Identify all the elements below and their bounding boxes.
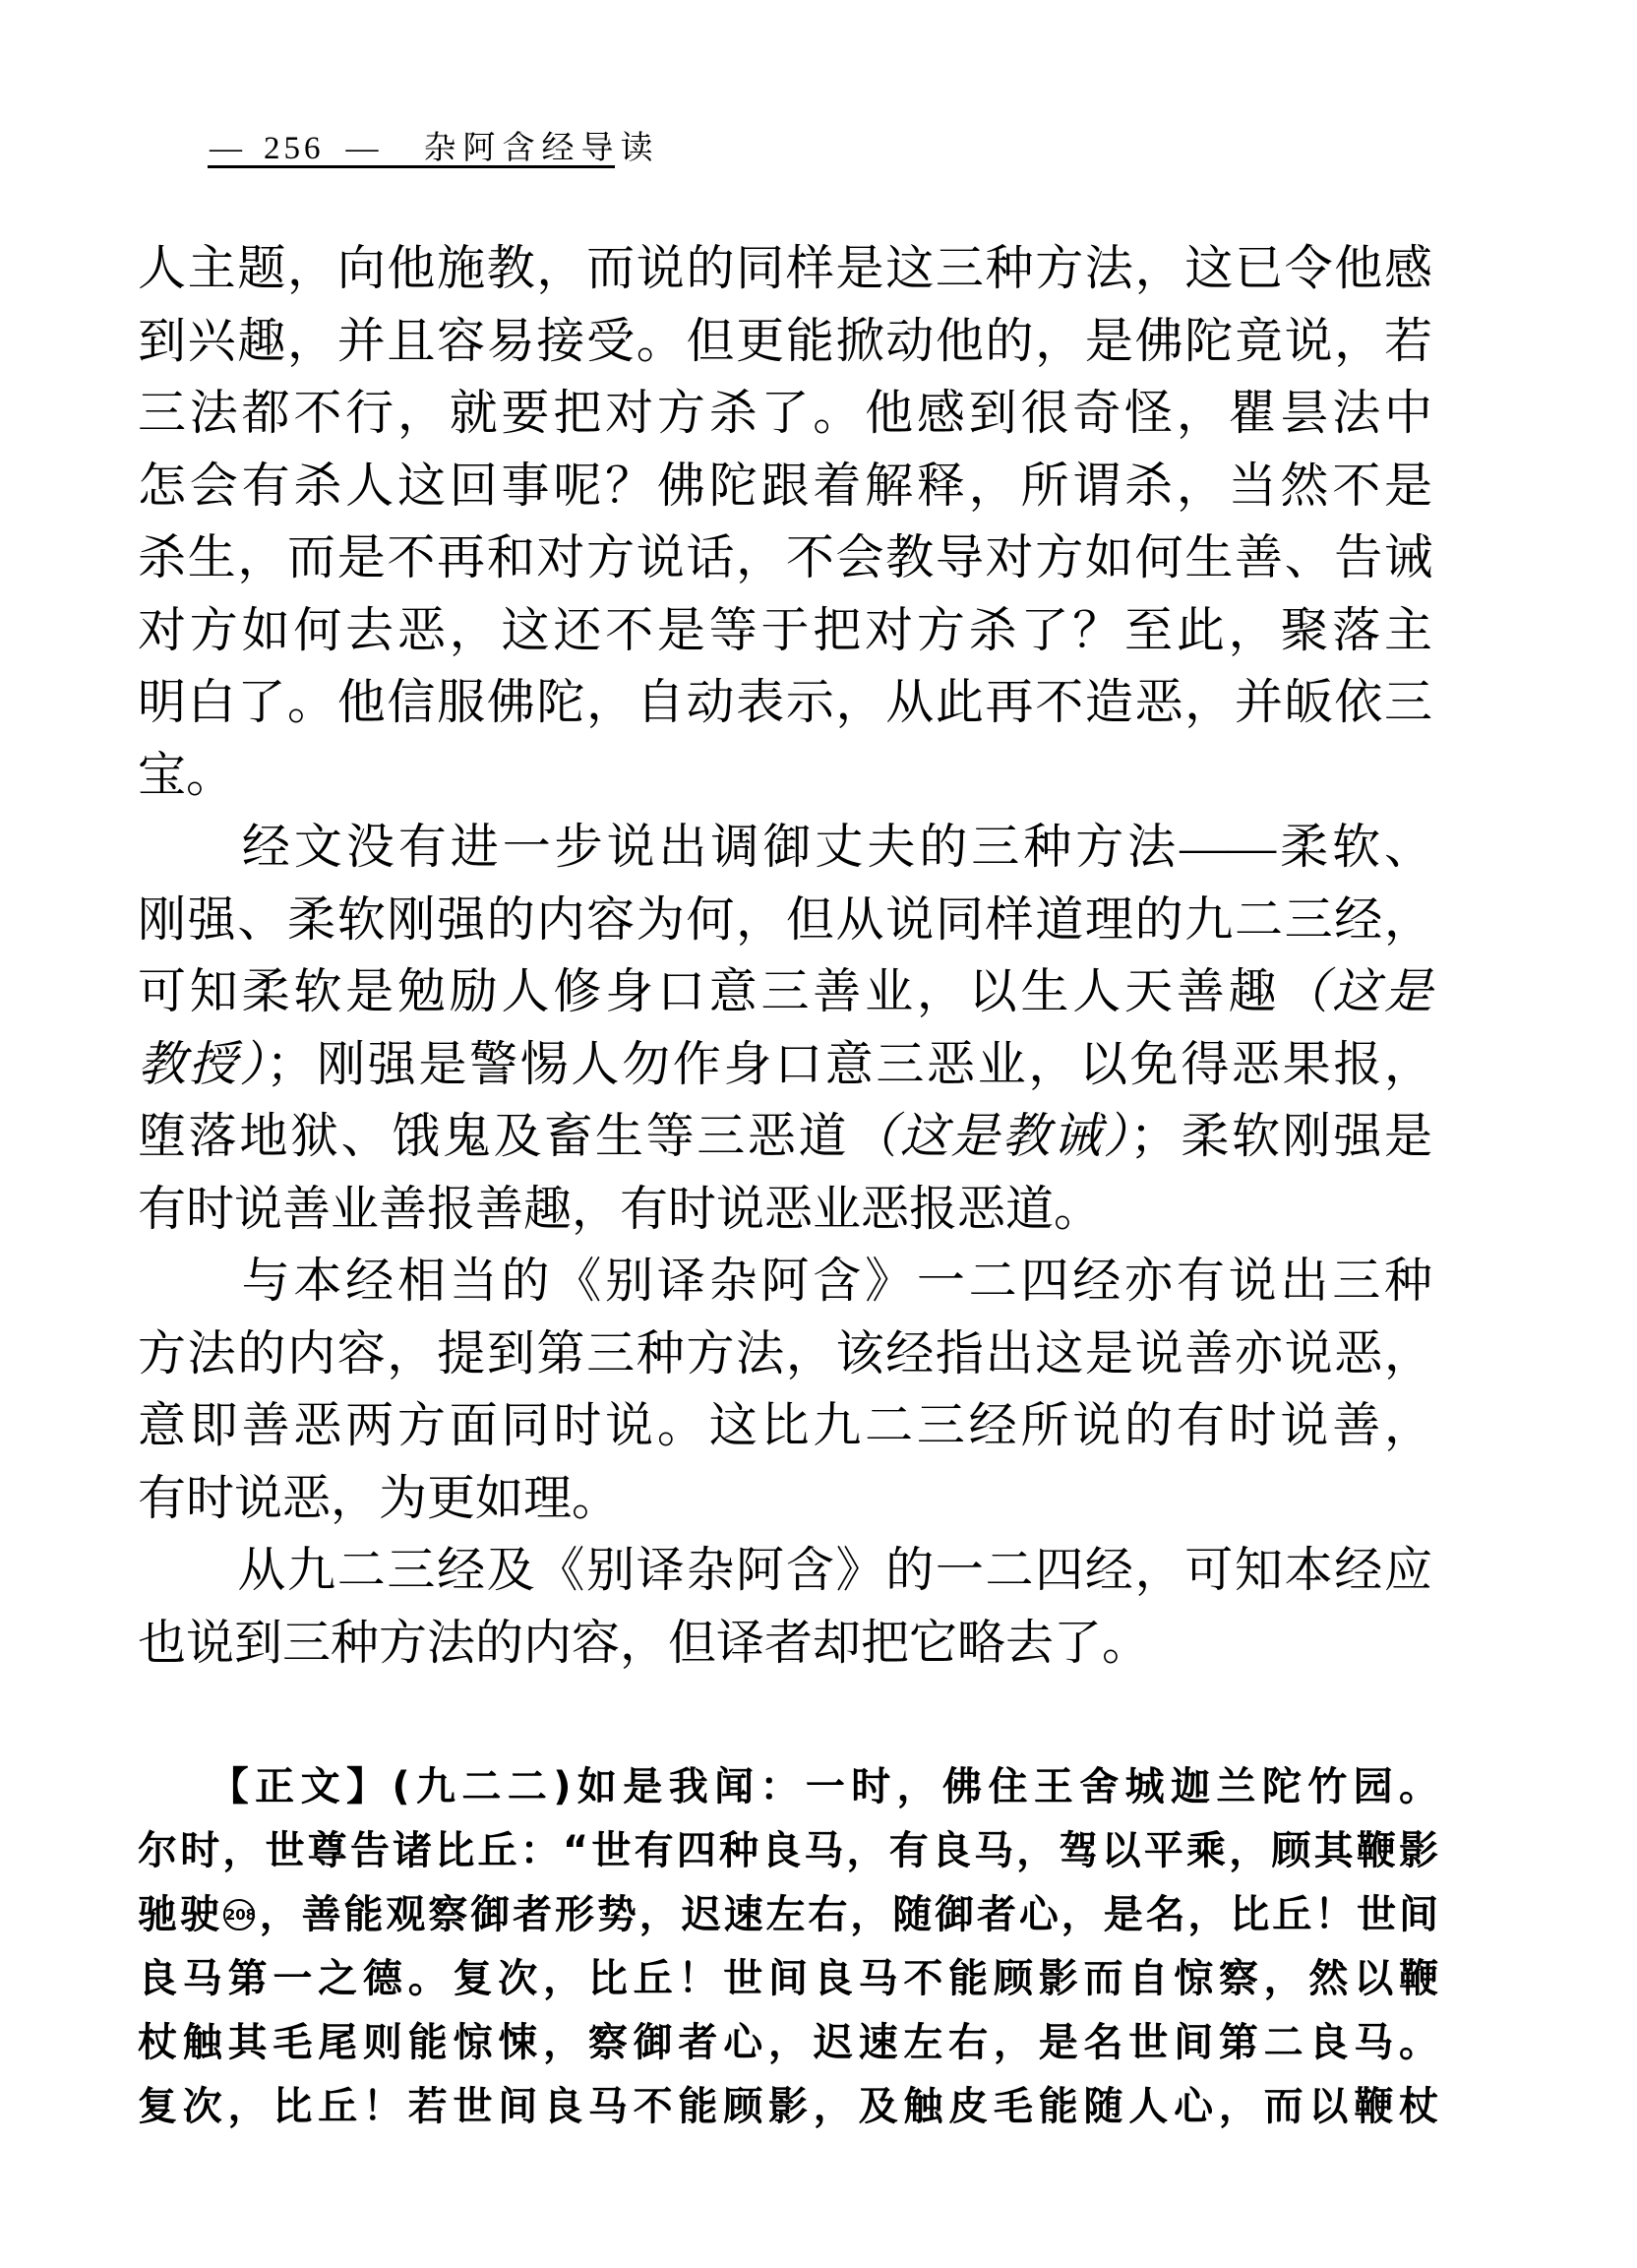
text-run: 可知柔软是勉励人修身口意三善业，以生人天善趣 (138, 964, 1280, 1018)
text-run: 三法都不行，就要把对方杀了。他感到很奇怪，瞿昙法中 (138, 386, 1432, 440)
commentary-line: 教授）；刚强是警惕人勿作身口意三恶业，以免得恶果报， (138, 1028, 1432, 1101)
commentary-text-block: 人主题，向他施教，而说的同样是这三种方法，这已令他感到兴趣，并且容易接受。但更能… (138, 232, 1432, 1679)
text-run: 方法的内容，提到第三种方法，该经指出这是说善亦说恶， (138, 1326, 1432, 1380)
commentary-line: 也说到三种方法的内容，但译者却把它略去了。 (138, 1607, 1432, 1680)
kaiti-emphasis: 教授） (138, 1037, 266, 1091)
commentary-line: 有时说恶，为更如理。 (138, 1462, 1432, 1535)
scripture-text-block: 【正文】(九二二)如是我闻：一时，佛住王舍城迦兰陀竹园。尔时，世尊告诸比丘：“世… (138, 1755, 1438, 2139)
header-dash-right: — (346, 131, 379, 166)
text-run: 杀生，而是不再和对方说话，不会教导对方如何生善、告诫 (138, 530, 1432, 584)
scripture-line: 驰驶208，善能观察御者形势，迟速左右，随御者心，是名，比丘！世间 (138, 1883, 1438, 1947)
scripture-line: 杖触其毛尾则能惊悚，察御者心，迟速左右，是名世间第二良马。 (138, 2011, 1438, 2075)
text-run: 也说到三种方法的内容，但译者却把它略去了。 (138, 1616, 1150, 1670)
commentary-line: 对方如何去恶，这还不是等于把对方杀了？至此，聚落主 (138, 594, 1432, 667)
text-run: 有时说恶，为更如理。 (138, 1471, 620, 1525)
text-run: 复次，比丘！若世间良马不能顾影，及触皮毛能随人心，而以鞭杖 (138, 2084, 1438, 2129)
text-run: 宝。 (138, 748, 234, 802)
commentary-line: 与本经相当的《别译杂阿含》一二四经亦有说出三种 (138, 1245, 1432, 1318)
commentary-line: 堕落地狱、饿鬼及畜生等三恶道（这是教诫）；柔软刚强是 (138, 1100, 1432, 1173)
commentary-line: 刚强、柔软刚强的内容为何，但从说同样道理的九二三经， (138, 884, 1432, 956)
footnote-marker-circled: 208 (223, 1899, 255, 1931)
header-rule (208, 165, 615, 168)
page-number: 256 (264, 131, 325, 166)
commentary-line: 人主题，向他施教，而说的同样是这三种方法，这已令他感 (138, 232, 1432, 305)
scripture-line: 复次，比丘！若世间良马不能顾影，及触皮毛能随人心，而以鞭杖 (138, 2075, 1438, 2139)
text-run: 刚强、柔软刚强的内容为何，但从说同样道理的九二三经， (138, 892, 1432, 947)
text-run: ；刚强是警惕人勿作身口意三恶业，以免得恶果报， (266, 1037, 1432, 1091)
commentary-line: 怎会有杀人这回事呢？佛陀跟着解释，所谓杀，当然不是 (138, 450, 1432, 522)
book-title: 杂阿含经导读 (424, 131, 660, 166)
scripture-line: 良马第一之德。复次，比丘！世间良马不能顾影而自惊察，然以鞭 (138, 1947, 1438, 2011)
text-run: ；柔软刚强是 (1130, 1109, 1432, 1163)
text-run: 从九二三经及《别译杂阿含》的一二四经，可知本经应 (138, 1543, 1432, 1597)
text-run: 与本经相当的《别译杂阿含》一二四经亦有说出三种 (138, 1254, 1432, 1308)
commentary-line: 意即善恶两方面同时说。这比九二三经所说的有时说善， (138, 1389, 1432, 1462)
commentary-line: 到兴趣，并且容易接受。但更能掀动他的，是佛陀竟说，若 (138, 305, 1432, 378)
commentary-line: 宝。 (138, 739, 1432, 812)
text-run: 意即善恶两方面同时说。这比九二三经所说的有时说善， (138, 1398, 1432, 1452)
commentary-line: 从九二三经及《别译杂阿含》的一二四经，可知本经应 (138, 1534, 1432, 1607)
commentary-line: 明白了。他信服佛陀，自动表示，从此再不造恶，并皈依三 (138, 666, 1432, 739)
commentary-line: 方法的内容，提到第三种方法，该经指出这是说善亦说恶， (138, 1318, 1432, 1390)
text-run: 堕落地狱、饿鬼及畜生等三恶道 (138, 1109, 849, 1163)
kaiti-emphasis: （这是 (1280, 964, 1432, 1018)
text-run: 怎会有杀人这回事呢？佛陀跟着解释，所谓杀，当然不是 (138, 459, 1432, 513)
commentary-line: 有时说善业善报善趣，有时说恶业恶报恶道。 (138, 1173, 1432, 1246)
text-run: 经文没有进一步说出调御丈夫的三种方法——柔软、 (138, 820, 1432, 874)
text-run: 明白了。他信服佛陀，自动表示，从此再不造恶，并皈依三 (138, 675, 1432, 729)
commentary-line: 经文没有进一步说出调御丈夫的三种方法——柔软、 (138, 811, 1432, 884)
text-run: 【正文】(九二二)如是我闻：一时，佛住王舍城迦兰陀竹园。 (138, 1764, 1438, 1809)
text-run: 到兴趣，并且容易接受。但更能掀动他的，是佛陀竟说，若 (138, 314, 1432, 368)
text-run: 驰驶 (138, 1892, 222, 1937)
page-header: —256—杂阿含经导读 (210, 122, 660, 168)
header-dash-left: — (210, 131, 242, 166)
text-run: 杖触其毛尾则能惊悚，察御者心，迟速左右，是名世间第二良马。 (138, 2020, 1438, 2065)
text-run: 尔时，世尊告诸比丘：“世有四种良马，有良马，驾以平乘，顾其鞭影 (138, 1828, 1438, 1873)
scripture-line: 【正文】(九二二)如是我闻：一时，佛住王舍城迦兰陀竹园。 (138, 1755, 1438, 1819)
text-run: 人主题，向他施教，而说的同样是这三种方法，这已令他感 (138, 241, 1432, 295)
commentary-line: 三法都不行，就要把对方杀了。他感到很奇怪，瞿昙法中 (138, 377, 1432, 450)
book-page: —256—杂阿含经导读 人主题，向他施教，而说的同样是这三种方法，这已令他感到兴… (0, 0, 1637, 2268)
scripture-line: 尔时，世尊告诸比丘：“世有四种良马，有良马，驾以平乘，顾其鞭影 (138, 1819, 1438, 1883)
commentary-line: 可知柔软是勉励人修身口意三善业，以生人天善趣（这是 (138, 955, 1432, 1028)
commentary-line: 杀生，而是不再和对方说话，不会教导对方如何生善、告诫 (138, 521, 1432, 594)
text-run: 良马第一之德。复次，比丘！世间良马不能顾影而自惊察，然以鞭 (138, 1956, 1438, 2001)
text-run: 有时说善业善报善趣，有时说恶业恶报恶道。 (138, 1182, 1102, 1236)
kaiti-emphasis: （这是教诫） (849, 1109, 1129, 1163)
text-run: ，善能观察御者形势，迟速左右，随御者心，是名，比丘！世间 (257, 1892, 1438, 1937)
text-run: 对方如何去恶，这还不是等于把对方杀了？至此，聚落主 (138, 603, 1432, 657)
